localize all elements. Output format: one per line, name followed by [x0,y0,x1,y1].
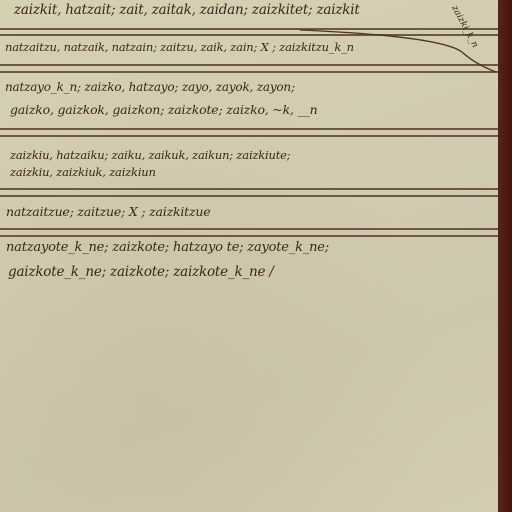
ruled-line [0,228,498,230]
handwritten-line-9: gaizkote_k_ne; zaizkote; zaizkote_k_ne / [8,264,274,280]
handwritten-line-4: gaizko, gaizkok, gaizkon; zaizkote; zaiz… [10,102,317,117]
handwritten-line-8: natzayote_k_ne; zaizkote; hatzayo te; za… [6,240,329,255]
ruled-line [0,195,498,197]
ruled-line [0,235,498,237]
handwritten-line-3: natzayo_k_n; zaizko, hatzayo; zayo, zayo… [5,80,295,94]
handwritten-line-7: natzaitzue; zaitzue; X ; zaizkitzue [6,204,210,219]
notebook-page: zaizkit, hatzait; zait, zaitak, zaidan; … [0,0,498,512]
handwritten-line-6: zaizkiu, zaizkiuk, zaizkiun [10,165,156,179]
handwritten-line-5: zaizkiu, hatzaiku; zaiku, zaikuk, zaikun… [10,148,290,162]
ruled-line [0,135,498,137]
ruled-line [0,128,498,130]
ruled-line [0,188,498,190]
book-binding-edge [498,0,512,512]
handwritten-line-2: natzaitzu, natzaik, natzain; zaitzu, zai… [5,40,354,54]
handwritten-line-1: zaizkit, hatzait; zait, zaitak, zaidan; … [14,2,360,18]
